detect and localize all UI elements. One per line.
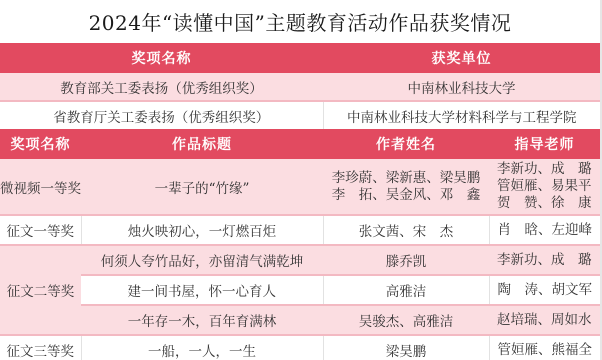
header-advisors: 指导老师 <box>489 129 600 159</box>
works-award-table: 奖项名称 作品标题 作者姓名 指导老师 微视频一等奖 一辈子的“竹缘” 李珍蔚、… <box>0 129 600 360</box>
page-title: 2024年“读懂中国”主题教育活动作品获奖情况 <box>0 0 600 43</box>
advisors-cell: 赵培瑞、周如水 <box>489 305 600 335</box>
work-title-cell: 何须人夸竹品好，亦留清气满乾坤 <box>81 245 323 275</box>
author-names-cell: 张文茜、宋 杰 <box>323 215 489 245</box>
advisors-cell: 李新功、成 璐 管姮雁、易果平 贺 赞、徐 康 <box>489 159 600 215</box>
table-header-row: 奖项名称 获奖单位 <box>0 43 600 73</box>
header-award-unit: 获奖单位 <box>323 43 600 73</box>
work-title-cell: 一年存一木，百年育满林 <box>81 305 323 335</box>
table-row: 一年存一木，百年育满林 吴骏杰、高雅洁 赵培瑞、周如水 <box>0 305 600 335</box>
advisors-cell: 管姮雁、熊福全 <box>489 335 600 360</box>
work-title-cell: 一辈子的“竹缘” <box>81 159 323 215</box>
author-line: 李 拓、吴金风、邓 鑫 <box>323 187 489 204</box>
header-award-name: 奖项名称 <box>0 43 323 73</box>
table-header-row: 奖项名称 作品标题 作者姓名 指导老师 <box>0 129 600 159</box>
header-work-title: 作品标题 <box>81 129 323 159</box>
award-name-cell: 征文二等奖 <box>0 245 81 335</box>
table-row: 征文一等奖 烛火映初心，一灯燃百炬 张文茜、宋 杰 肖 晗、左迎峰 <box>0 215 600 245</box>
table-row: 建一间书屋，怀一心育人 高雅洁 陶 涛、胡文军 <box>0 275 600 305</box>
author-names-cell: 李珍蔚、梁新惠、梁昊鹏 李 拓、吴金风、邓 鑫 <box>323 159 489 215</box>
award-unit-cell: 中南林业科技大学材料科学与工程学院 <box>323 101 600 129</box>
header-author-names: 作者姓名 <box>323 129 489 159</box>
award-unit-cell: 中南林业科技大学 <box>323 73 600 101</box>
advisor-line: 管姮雁、易果平 <box>497 178 600 195</box>
author-names-cell: 高雅洁 <box>323 275 489 305</box>
advisors-cell: 肖 晗、左迎峰 <box>489 215 600 245</box>
advisor-line: 贺 赞、徐 康 <box>497 195 600 212</box>
table-row: 教育部关工委表扬（优秀组织奖） 中南林业科技大学 <box>0 73 600 101</box>
work-title-cell: 一船，一人，一生 <box>81 335 323 360</box>
award-name-cell: 省教育厅关工委表扬（优秀组织奖） <box>0 101 323 129</box>
header-award-name: 奖项名称 <box>0 129 81 159</box>
organization-award-table: 奖项名称 获奖单位 教育部关工委表扬（优秀组织奖） 中南林业科技大学 省教育厅关… <box>0 43 600 129</box>
advisor-line: 李新功、成 璐 <box>497 161 600 178</box>
table-row: 征文二等奖 何须人夸竹品好，亦留清气满乾坤 滕乔凯 李新功、成 璐 <box>0 245 600 275</box>
work-title-cell: 建一间书屋，怀一心育人 <box>81 275 323 305</box>
work-title-cell: 烛火映初心，一灯燃百炬 <box>81 215 323 245</box>
advisors-cell: 李新功、成 璐 <box>489 245 600 275</box>
award-name-cell: 征文一等奖 <box>0 215 81 245</box>
award-name-cell: 征文三等奖 <box>0 335 81 360</box>
table-row: 省教育厅关工委表扬（优秀组织奖） 中南林业科技大学材料科学与工程学院 <box>0 101 600 129</box>
author-names-cell: 滕乔凯 <box>323 245 489 275</box>
advisors-cell: 陶 涛、胡文军 <box>489 275 600 305</box>
author-names-cell: 吴骏杰、高雅洁 <box>323 305 489 335</box>
table-row: 征文三等奖 一船，一人，一生 梁昊鹏 管姮雁、熊福全 <box>0 335 600 360</box>
table-row: 微视频一等奖 一辈子的“竹缘” 李珍蔚、梁新惠、梁昊鹏 李 拓、吴金风、邓 鑫 … <box>0 159 600 215</box>
author-names-cell: 梁昊鹏 <box>323 335 489 360</box>
award-name-cell: 微视频一等奖 <box>0 159 81 215</box>
award-name-cell: 教育部关工委表扬（优秀组织奖） <box>0 73 323 101</box>
author-line: 李珍蔚、梁新惠、梁昊鹏 <box>323 170 489 187</box>
